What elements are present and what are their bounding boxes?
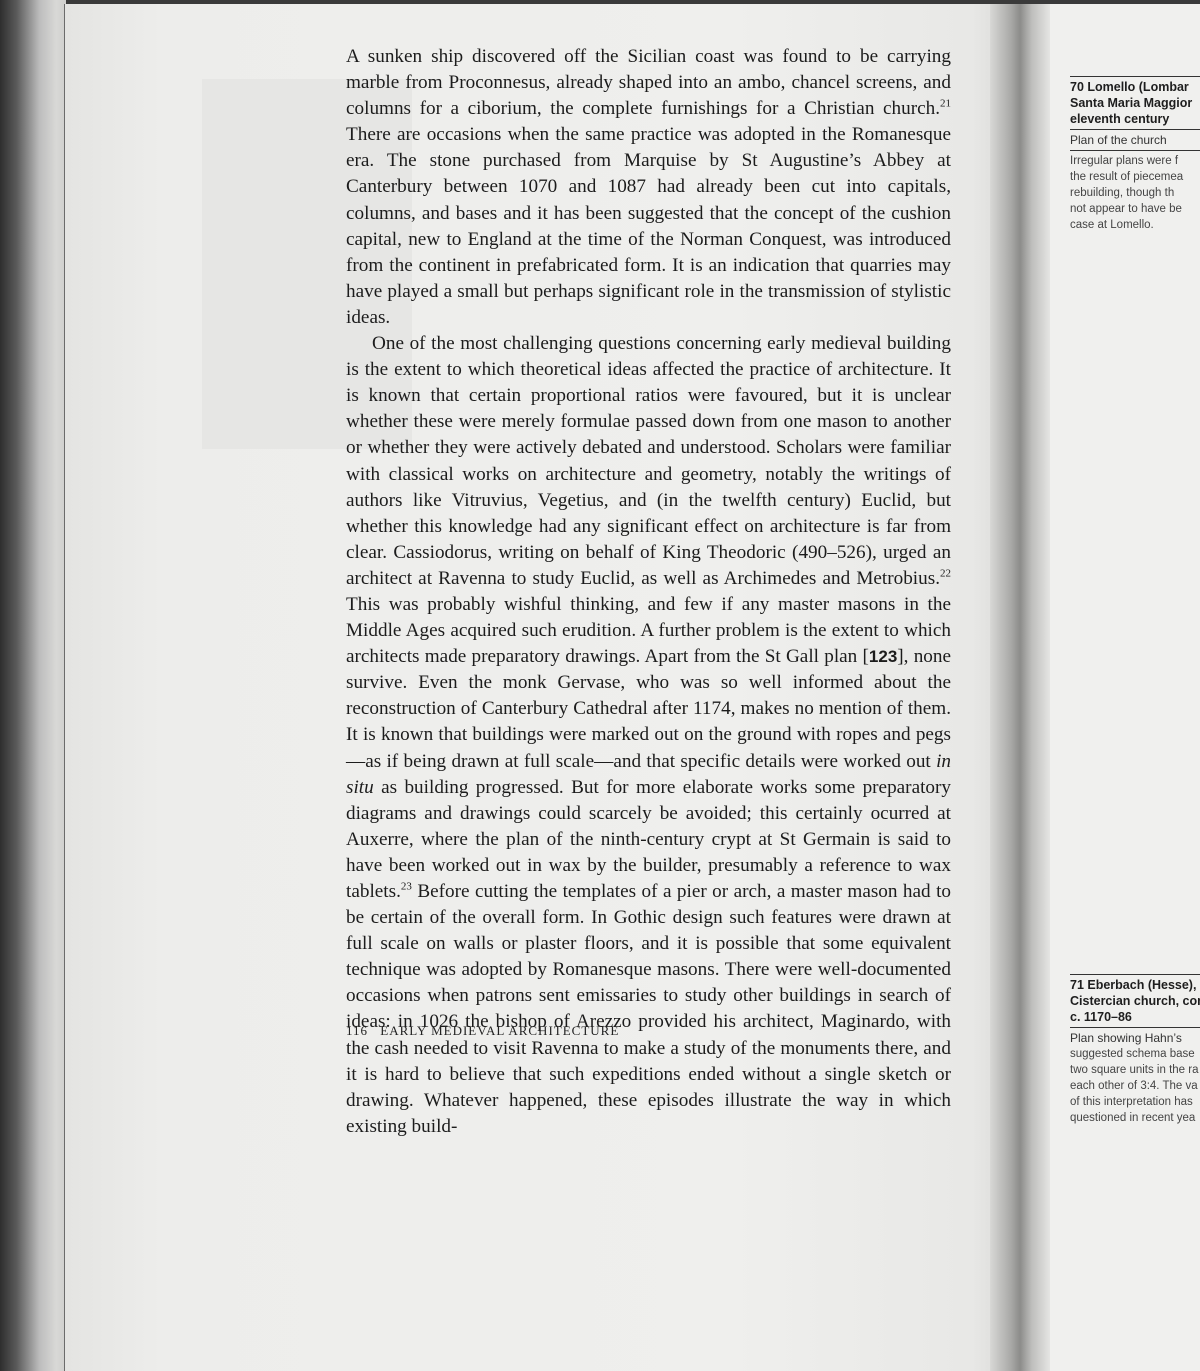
caption-title-line: 71 Eberbach (Hesse),: [1070, 977, 1200, 993]
caption-title-line: 70 Lomello (Lombar: [1070, 79, 1200, 95]
caption-title-line: Santa Maria Maggior: [1070, 95, 1200, 111]
caption-title-line: Cistercian church, com: [1070, 993, 1200, 1009]
caption-desc-line: not appear to have be: [1070, 201, 1200, 217]
caption-figure-71: 71 Eberbach (Hesse), Cistercian church, …: [1070, 972, 1200, 1126]
footnote-ref-21: 21: [940, 98, 951, 110]
page-footer: 116 EARLY MEDIEVAL ARCHITECTURE: [346, 1023, 619, 1039]
caption-title-line: c. 1170–86: [1070, 1009, 1200, 1025]
body-text: A sunken ship discovered off the Sicilia…: [346, 44, 951, 1140]
book-gutter-shadow: [990, 4, 1050, 1371]
paragraph-2: One of the most challenging questions co…: [346, 331, 951, 1140]
caption-desc-line: two square units in the ra: [1070, 1062, 1200, 1078]
running-head: EARLY MEDIEVAL ARCHITECTURE: [380, 1023, 619, 1038]
caption-desc-line: each other of 3:4. The va: [1070, 1078, 1200, 1094]
caption-desc-line: the result of piecemea: [1070, 169, 1200, 185]
caption-figure-70: 70 Lomello (Lombar Santa Maria Maggior e…: [1070, 74, 1200, 233]
caption-rule: [1070, 76, 1200, 77]
caption-desc-line: of this interpretation has: [1070, 1094, 1200, 1110]
caption-rule: [1070, 974, 1200, 975]
caption-desc-line: case at Lomello.: [1070, 217, 1200, 233]
footnote-ref-22: 22: [940, 567, 951, 579]
book-spine-shadow: [0, 0, 66, 1371]
footnote-ref-23: 23: [401, 881, 412, 893]
caption-desc-line: suggested schema base: [1070, 1046, 1200, 1062]
caption-desc-line: rebuilding, though th: [1070, 185, 1200, 201]
figure-ref-123: 123: [869, 647, 897, 666]
caption-rule: [1070, 129, 1200, 130]
page-number: 116: [346, 1023, 368, 1038]
page-edge: [64, 4, 65, 1371]
caption-rule: [1070, 150, 1200, 151]
caption-subtitle: Plan showing Hahn’s: [1070, 1030, 1200, 1046]
caption-title-line: eleventh century: [1070, 111, 1200, 127]
caption-subtitle: Plan of the church: [1070, 132, 1200, 148]
caption-rule: [1070, 1027, 1200, 1028]
paragraph-1: A sunken ship discovered off the Sicilia…: [346, 44, 951, 331]
caption-desc-line: Irregular plans were f: [1070, 153, 1200, 169]
caption-desc-line: questioned in recent yea: [1070, 1110, 1200, 1126]
